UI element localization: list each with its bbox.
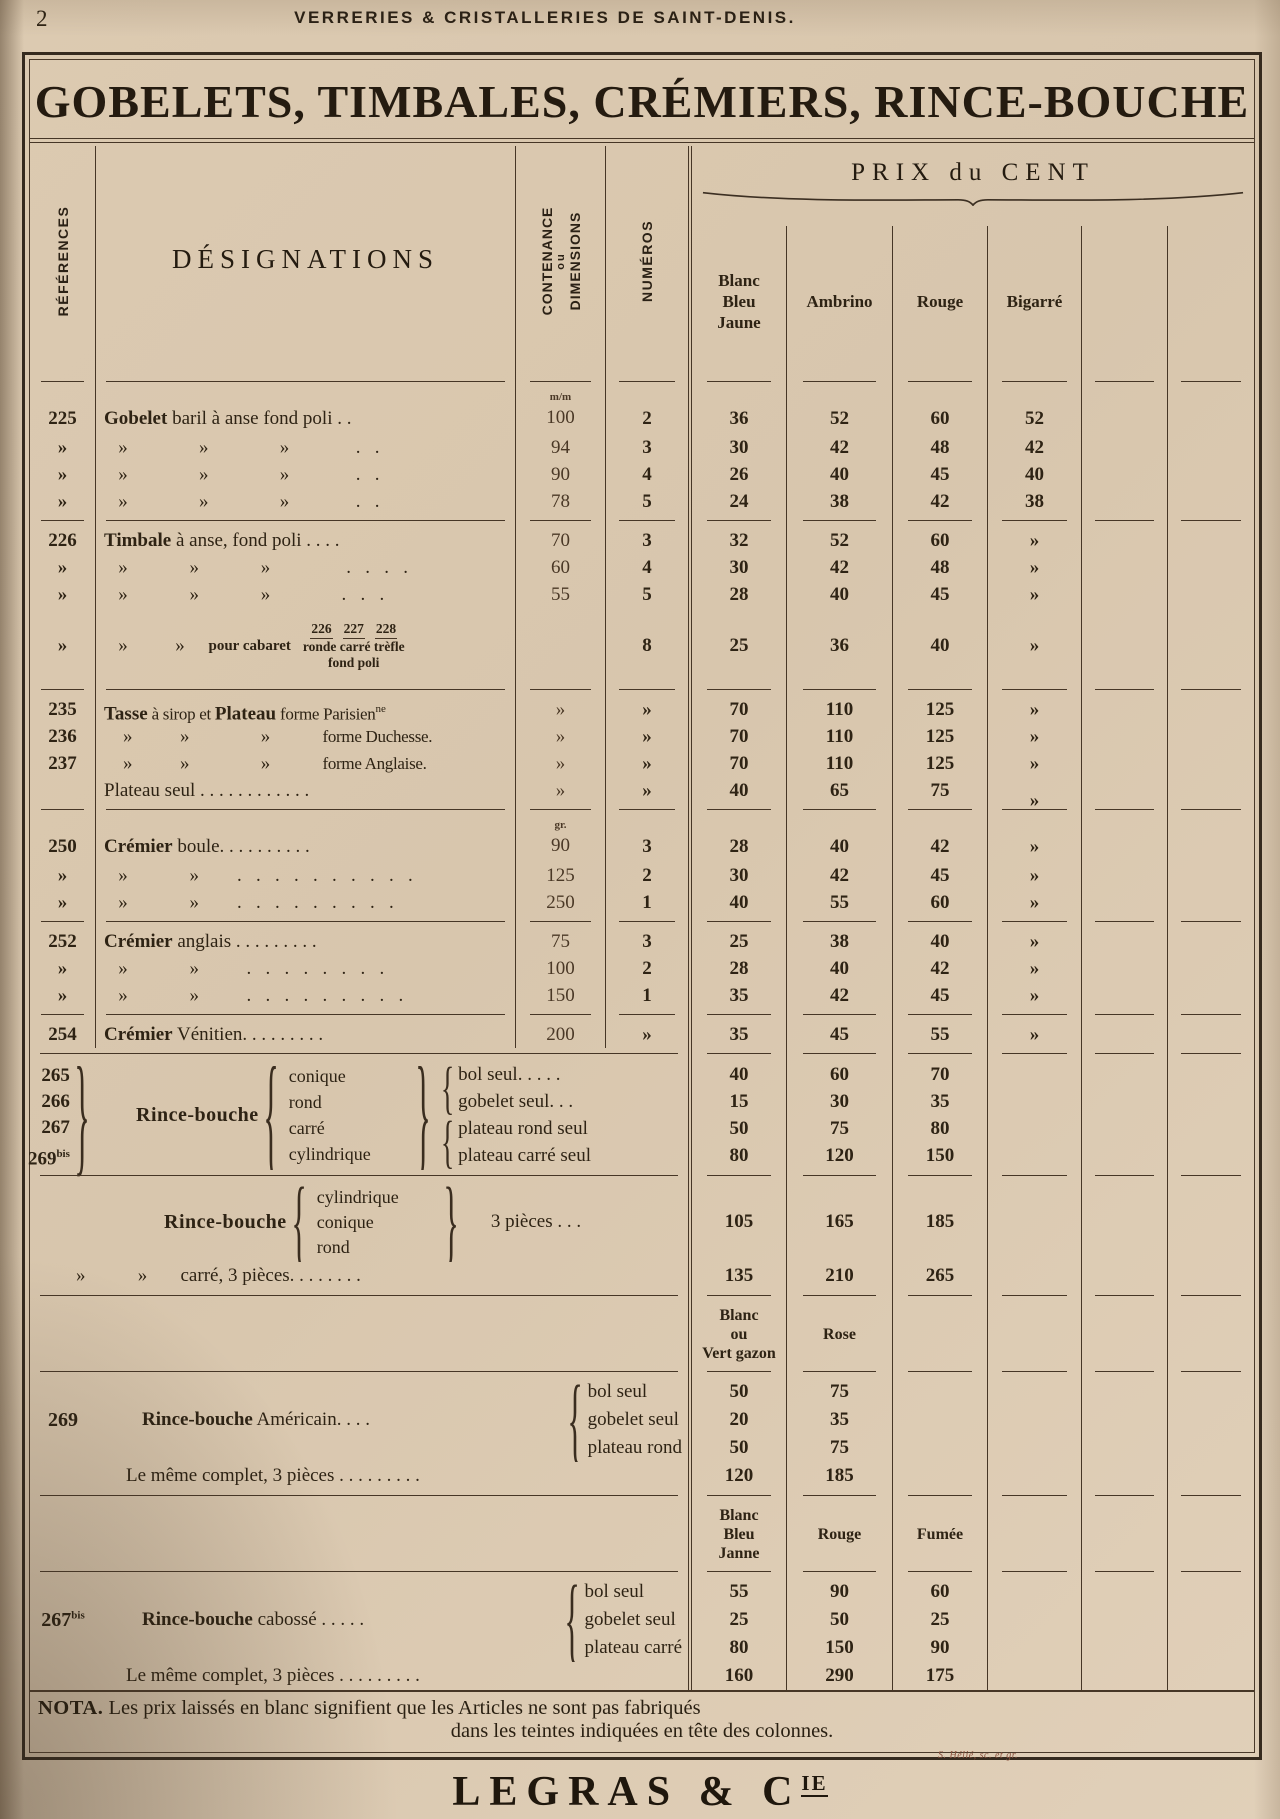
divider-line (707, 1571, 772, 1572)
stack-line: 80 (694, 1634, 784, 1662)
price-cell-extra-1 (1082, 488, 1168, 515)
numeros-cell: 3 (606, 928, 692, 955)
price-cell-ambrino: 40 (787, 816, 893, 862)
ref-cell: » (30, 554, 96, 581)
divider-line (908, 809, 973, 810)
divider-line (40, 1571, 678, 1572)
item-line: bol seul (584, 1578, 682, 1606)
text-segment: » » » . . . (104, 584, 384, 605)
divider-line (908, 520, 973, 521)
price-head-extra-1 (1082, 226, 1168, 376)
price-cell-bigarre: 38 (988, 488, 1082, 515)
price-cell-blanc-bleu-jaune: 36 (692, 388, 787, 434)
price-cell-bigarre: » (988, 777, 1082, 804)
divider-cell (30, 1490, 692, 1502)
text-segment: Plateau seul . . . . . . . . . . . . (104, 780, 309, 801)
contenance-cell (516, 608, 606, 684)
table-body: 225Gobelet baril à anse fond poli . .m/m… (30, 376, 1254, 1690)
numeros-cell: » (606, 1021, 692, 1048)
section-divider (30, 1048, 1254, 1060)
price-group-header: PRIX du CENT Blanc Bleu Jaune Ambrino Ro… (692, 146, 1254, 376)
price-cell-ambrino: 38 (787, 928, 893, 955)
divider-line (908, 1014, 973, 1015)
text-segment: baril à anse fond poli . . (167, 408, 351, 429)
divider-cell (893, 1366, 988, 1378)
nota-block: NOTA. Les prix laissés en blanc signifie… (30, 1690, 1254, 1752)
price-subheader-cell: Rose (787, 1302, 893, 1366)
divider-cell (988, 1566, 1082, 1578)
divider-line (1002, 520, 1066, 521)
divider-cell (692, 916, 787, 928)
price-cell-ambrino: 110 (787, 696, 893, 723)
price-cell-blanc-bleu-jaune: 40 (692, 777, 787, 804)
price-cell-extra-2 (1168, 1021, 1254, 1048)
table-row: » » » . . . . . . . . . .1252304245» (30, 862, 1254, 889)
divider-line (530, 689, 591, 690)
price-cell-ambrino: 42 (787, 434, 893, 461)
divider-cell (1168, 1170, 1254, 1182)
table-row: » » » . . . . . . . .1002284042» (30, 955, 1254, 982)
divider-cell (692, 376, 787, 388)
price-cell-extra-2 (1168, 1578, 1254, 1662)
price-cell-rouge: 45 (893, 982, 988, 1009)
stack-line: 35 (789, 1406, 890, 1434)
contenance-cell: 100 (516, 955, 606, 982)
price-head-rouge: Rouge (893, 226, 988, 376)
divider-cell (893, 1048, 988, 1060)
divider-line (619, 520, 675, 521)
designation-cell: Tasse à sirop et Plateau forme Parisienn… (96, 696, 516, 723)
price-cell-blanc-bleu-jaune: 105 (692, 1182, 787, 1262)
price-cell-extra-1 (1082, 554, 1168, 581)
stack-line: 20 (694, 1406, 784, 1434)
divider-cell (516, 916, 606, 928)
divider-line (1095, 1053, 1153, 1054)
divider-cell (988, 1170, 1082, 1182)
price-cell-rouge (893, 1378, 988, 1462)
price-cell-blanc-bleu-jaune: 30 (692, 554, 787, 581)
price-cell-extra-2 (1168, 488, 1254, 515)
divider-cell (692, 1009, 787, 1021)
divider-line (619, 381, 675, 382)
table-row: » » » » . . .555284045» (30, 581, 1254, 608)
price-head-bigarre: Bigarré (988, 226, 1082, 376)
price-head-ambrino: Ambrino (787, 226, 893, 376)
divider-cell (692, 1366, 787, 1378)
contenance-value: 100 (518, 404, 603, 432)
price-cell-ambrino: 753575 (787, 1378, 893, 1462)
price-cell-rouge: 42 (893, 816, 988, 862)
divider-cell (893, 1490, 988, 1502)
numeros-cell: 3 (606, 434, 692, 461)
divider-line (41, 921, 85, 922)
price-cell-rouge: 45 (893, 862, 988, 889)
divider-line (1095, 921, 1153, 922)
numeros-label: NUMÉROS (639, 220, 655, 302)
price-cell-extra-1 (1082, 1378, 1168, 1462)
value-stack: 40155080 (694, 1061, 784, 1169)
price-cell-extra-2 (1168, 1182, 1254, 1262)
divider-cell (606, 684, 692, 696)
catalog-page: 2 VERRERIES & CRISTALLERIES DE SAINT-DEN… (0, 0, 1280, 1819)
ref-cell: » (30, 461, 96, 488)
price-subheader-cell: Rouge (787, 1502, 893, 1566)
divider-line (1095, 520, 1153, 521)
divider-cell (30, 376, 96, 388)
price-subheader-cell (1082, 1502, 1168, 1566)
price-cell-ambrino: 65 (787, 777, 893, 804)
price-cell-rouge: 55 (893, 1021, 988, 1048)
text-segment: pour cabaret (209, 608, 291, 684)
divider-cell (1168, 916, 1254, 928)
table-row: » » » pour cabaret226227228ronde carré t… (30, 608, 1254, 684)
divider-cell (988, 1290, 1082, 1302)
text-segment: » » » . . (104, 491, 380, 512)
stack-line: 50 (694, 1115, 784, 1142)
divider-cell (787, 515, 893, 527)
divider-line (530, 921, 591, 922)
stack-line: 150 (895, 1142, 985, 1169)
contenance-value: 70 (551, 530, 570, 551)
price-subcolumns: Blanc Bleu Jaune Ambrino Rouge Bigarré (692, 226, 1254, 376)
divider-cell (1082, 1366, 1168, 1378)
unit-label: gr. (518, 819, 603, 832)
value-stack: 502050 (694, 1378, 784, 1462)
divider-cell (30, 515, 96, 527)
price-cell-blanc-bleu-jaune: 502050 (692, 1378, 787, 1462)
divider-line (1095, 1571, 1153, 1572)
price-cell-bigarre: » (988, 862, 1082, 889)
numeros-cell: 1 (606, 889, 692, 916)
stack-line: 60 (895, 1578, 985, 1606)
ref-suffix: bis (56, 1148, 69, 1160)
price-subheader-cell: Blanc Bleu Janne (692, 1502, 787, 1566)
divider-cell (30, 916, 96, 928)
designation-cell: Rince-bouche{cylindriqueconiquerond}3 pi… (96, 1182, 692, 1262)
section-divider (30, 1366, 1254, 1378)
shape-item: cylindrique (317, 1185, 433, 1210)
designation-cell: Timbale à anse, fond poli . . . . (96, 527, 516, 554)
price-subheader-cell (988, 1302, 1082, 1366)
divider-cell (692, 515, 787, 527)
ref-number: 269 (48, 1409, 78, 1432)
divider-cell (1168, 804, 1254, 816)
designation-cell: Plateau seul . . . . . . . . . . . . (96, 777, 516, 804)
divider-line (707, 1295, 772, 1296)
price-cell-rouge: 125 (893, 696, 988, 723)
divider-line (1095, 1295, 1153, 1296)
divider-line (106, 689, 505, 690)
price-cell-bigarre: » (988, 581, 1082, 608)
price-cell-rouge: 265 (893, 1262, 988, 1290)
numeros-cell: 4 (606, 461, 692, 488)
price-cell-extra-2 (1168, 608, 1254, 684)
divider-line (106, 520, 505, 521)
divider-line (803, 1371, 876, 1372)
designation-cell: Rince-bouche{coniquerondcarrécylindrique… (96, 1060, 692, 1170)
text-segment: Rince-bouche (142, 1409, 253, 1430)
price-cell-ambrino: 185 (787, 1462, 893, 1490)
section-divider (30, 684, 1254, 696)
divider-cell (692, 684, 787, 696)
price-head-blanc-bleu-jaune: Blanc Bleu Jaune (692, 226, 787, 376)
price-cell-extra-1 (1082, 461, 1168, 488)
item-list: bol seulgobelet seulplateau rond (588, 1378, 682, 1462)
divider-cell (692, 804, 787, 816)
divider-cell (1082, 1009, 1168, 1021)
divider-cell (96, 684, 516, 696)
ref-cell: 226 (30, 527, 96, 554)
divider-cell (30, 1290, 692, 1302)
divider-line (1095, 1495, 1153, 1496)
price-cell-extra-2 (1168, 1262, 1254, 1290)
shape-item: conique (317, 1210, 433, 1235)
table-section: 269Rince-bouche Américain. . . .{bol seu… (30, 1378, 1254, 1462)
divider-line (707, 809, 772, 810)
stack-line: 25 (694, 1606, 784, 1634)
text-segment: » » . . . . . . . . (104, 958, 384, 979)
price-cell-ambrino: 38 (787, 488, 893, 515)
divider-line (707, 1175, 772, 1176)
divider-cell (893, 376, 988, 388)
spacer-cell (30, 1502, 692, 1566)
table-frame: GOBELETS, TIMBALES, CRÉMIERS, RINCE-BOUC… (22, 52, 1262, 1760)
divider-cell (96, 1009, 516, 1021)
divider-cell (787, 1290, 893, 1302)
price-cell-extra-2 (1168, 816, 1254, 862)
text-segment: » » (104, 608, 209, 684)
divider-line (106, 1014, 505, 1015)
section-divider (30, 1170, 1254, 1182)
price-cell-ambrino: 55 (787, 889, 893, 916)
numeros-cell: 5 (606, 488, 692, 515)
text-segment: » » . . . . . . . . . (104, 892, 394, 913)
ref-cell: » (30, 488, 96, 515)
numeros-cell: 8 (606, 608, 692, 684)
table-section: 265266267269bis}Rince-bouche{coniquerond… (30, 1060, 1254, 1170)
text-segment: Tasse (104, 703, 148, 724)
divider-cell (96, 804, 516, 816)
designation-cell: Rince-bouche cabossé . . . . .{bol seulg… (96, 1578, 692, 1662)
item-list: bol seulgobelet seulplateau carré (584, 1578, 682, 1662)
price-head-extra-2 (1168, 226, 1254, 376)
ref-number: 265 (28, 1063, 70, 1089)
item-line: plateau rond seul (458, 1115, 591, 1142)
item-label: Rince-bouche Américain. . . . (102, 1409, 563, 1431)
divider-line (1002, 1175, 1066, 1176)
divider-line (803, 520, 876, 521)
ref-cell: » (30, 608, 96, 684)
divider-cell (30, 1048, 692, 1060)
contenance-value: 75 (551, 931, 570, 952)
text-segment: anglais . . . . . . . . . (173, 931, 317, 952)
item-col: bol seul. . . . .gobelet seul. . . (458, 1061, 573, 1115)
item-col: plateau rond seulplateau carré seul (458, 1115, 591, 1169)
divider-cell (988, 1048, 1082, 1060)
table-row: 250Crémier boule. . . . . . . . . .gr.90… (30, 816, 1254, 862)
ref-cell: » (30, 581, 96, 608)
divider-line (803, 689, 876, 690)
divider-line (530, 1014, 591, 1015)
price-cell-extra-2 (1168, 750, 1254, 777)
divider-line (1095, 689, 1153, 690)
divider-line (530, 809, 591, 810)
price-cell-ambrino: 110 (787, 723, 893, 750)
table-row: » » carré, 3 pièces. . . . . . . .135210… (30, 1262, 1254, 1290)
price-cell-extra-1 (1082, 434, 1168, 461)
contenance-cell: » (516, 723, 606, 750)
item-line: gobelet seul. . . (458, 1088, 573, 1115)
price-cell-extra-2 (1168, 434, 1254, 461)
price-cell-extra-2 (1168, 527, 1254, 554)
price-cell-blanc-bleu-jaune: 70 (692, 696, 787, 723)
divider-line (908, 1495, 973, 1496)
divider-cell (787, 1566, 893, 1578)
ref-cell: 267bis (30, 1578, 96, 1662)
price-cell-bigarre: » (988, 889, 1082, 916)
price-cell-rouge: 175 (893, 1662, 988, 1690)
ref-cell: 237 (30, 750, 96, 777)
divider-line (707, 381, 772, 382)
price-cell-rouge: 45 (893, 461, 988, 488)
price-cell-ambrino: 603075120 (787, 1060, 893, 1170)
divider-cell (988, 916, 1082, 928)
item-line: bol seul (588, 1378, 682, 1406)
nota-line1: NOTA. Les prix laissés en blanc signifie… (38, 1697, 1246, 1720)
divider-cell (787, 684, 893, 696)
item-line: plateau carré (584, 1634, 682, 1662)
divider-cell (1082, 1290, 1168, 1302)
divider-line (41, 381, 85, 382)
designation-cell: » » . . . . . . . . . (96, 982, 516, 1009)
divider-cell (1082, 804, 1168, 816)
divider-cell (96, 515, 516, 527)
value-stack: 753575 (789, 1378, 890, 1462)
stack-line: 90 (895, 1634, 985, 1662)
contenance-value: » (556, 780, 566, 801)
text-segment: ne (375, 703, 385, 715)
section-divider (30, 1009, 1254, 1021)
divider-line (803, 921, 876, 922)
divider-line (908, 1571, 973, 1572)
divider-line (530, 381, 591, 382)
price-cell-ambrino: 165 (787, 1182, 893, 1262)
divider-line (1181, 381, 1240, 382)
divider-cell (1168, 376, 1254, 388)
contenance-value: 55 (551, 584, 570, 605)
shape-item: rond (317, 1235, 433, 1260)
ref-cell: 236 (30, 723, 96, 750)
price-cell-bigarre: » (988, 608, 1082, 684)
page-title: GOBELETS, TIMBALES, CRÉMIERS, RINCE-BOUC… (30, 60, 1254, 139)
contenance-cell: 125 (516, 862, 606, 889)
price-cell-extra-1 (1082, 388, 1168, 434)
divider-cell (893, 804, 988, 816)
price-cell-ambrino: 42 (787, 862, 893, 889)
item-line: 3 pièces . . . (491, 1211, 581, 1233)
price-cell-extra-1 (1082, 816, 1168, 862)
table-row: 252Crémier anglais . . . . . . . . .7532… (30, 928, 1254, 955)
brace-decoration: { (565, 1578, 580, 1662)
table-row: Plateau seul . . . . . . . . . . . .»»40… (30, 777, 1254, 804)
ref-cell (30, 777, 96, 804)
value-stack: 552580 (694, 1578, 784, 1662)
item-label: Rince-bouche (164, 1211, 287, 1234)
divider-line (1002, 689, 1066, 690)
price-cell-extra-2 (1168, 982, 1254, 1009)
divider-cell (988, 515, 1082, 527)
text-segment: carré, 3 pièces. . . . . . . . (181, 1265, 361, 1286)
section-divider (30, 916, 1254, 928)
table-frame-inner: GOBELETS, TIMBALES, CRÉMIERS, RINCE-BOUC… (29, 59, 1255, 1753)
divider-line (707, 520, 772, 521)
brace-decoration: { (568, 1378, 583, 1462)
divider-cell (787, 1048, 893, 1060)
ref-cell: 225 (30, 388, 96, 434)
text-segment: Crémier (104, 1024, 173, 1045)
divider-line (908, 689, 973, 690)
price-cell-bigarre: » (988, 816, 1082, 862)
price-cell-extra-1 (1082, 1021, 1168, 1048)
contenance-value: 250 (546, 892, 575, 913)
contenance-cell: » (516, 777, 606, 804)
designation-cell: » » » . . (96, 434, 516, 461)
contenance-cell: » (516, 750, 606, 777)
price-subheader-row: Blanc Bleu JanneRougeFumée (30, 1502, 1254, 1566)
shape-item: rond (289, 1089, 405, 1115)
divider-line (803, 1175, 876, 1176)
text-segment: Gobelet (104, 408, 167, 429)
divider-line (707, 1495, 772, 1496)
price-cell-blanc-bleu-jaune: 35 (692, 982, 787, 1009)
item-list: {bol seul. . . . .gobelet seul. . .{plat… (437, 1061, 591, 1169)
designation-cell: Crémier boule. . . . . . . . . . (96, 816, 516, 862)
item-line: bol seul. . . . . (458, 1061, 573, 1088)
price-cell-extra-2 (1168, 461, 1254, 488)
table-section: Rince-bouche{cylindriqueconiquerond}3 pi… (30, 1182, 1254, 1262)
brace-decoration: } (415, 1060, 430, 1170)
divider-line (803, 1571, 876, 1572)
table-row: 225Gobelet baril à anse fond poli . .m/m… (30, 388, 1254, 434)
price-cell-rouge: 45 (893, 581, 988, 608)
price-cell-bigarre (988, 1462, 1082, 1490)
price-cell-rouge: 40 (893, 608, 988, 684)
price-cell-ambrino: 40 (787, 461, 893, 488)
text-segment: Vénitien. . . . . . . . . (173, 1024, 324, 1045)
divider-cell (787, 1170, 893, 1182)
contenance-value: » (556, 753, 566, 774)
shape-item: conique (289, 1063, 405, 1089)
divider-line (1002, 381, 1066, 382)
price-cell-bigarre: » (988, 982, 1082, 1009)
stack-line: 50 (694, 1378, 784, 1406)
divider-line (803, 381, 876, 382)
divider-cell (988, 684, 1082, 696)
price-cell-bigarre: » (988, 1021, 1082, 1048)
contenance-cell: 94 (516, 434, 606, 461)
contenance-cell: 150 (516, 982, 606, 1009)
divider-cell (606, 804, 692, 816)
table-row: 235Tasse à sirop et Plateau forme Parisi… (30, 696, 1254, 723)
ref-number: 267 (28, 1115, 70, 1141)
price-subheader-cell (1168, 1302, 1254, 1366)
text-segment: boule. . . . . . . . . . (173, 836, 310, 857)
divider-cell (988, 1009, 1082, 1021)
contenance-cell: 75 (516, 928, 606, 955)
column-head-contenance: CONTENANCEouDIMENSIONS (516, 146, 606, 376)
stack-line: 15 (694, 1088, 784, 1115)
price-cell-blanc-bleu-jaune: 70 (692, 723, 787, 750)
